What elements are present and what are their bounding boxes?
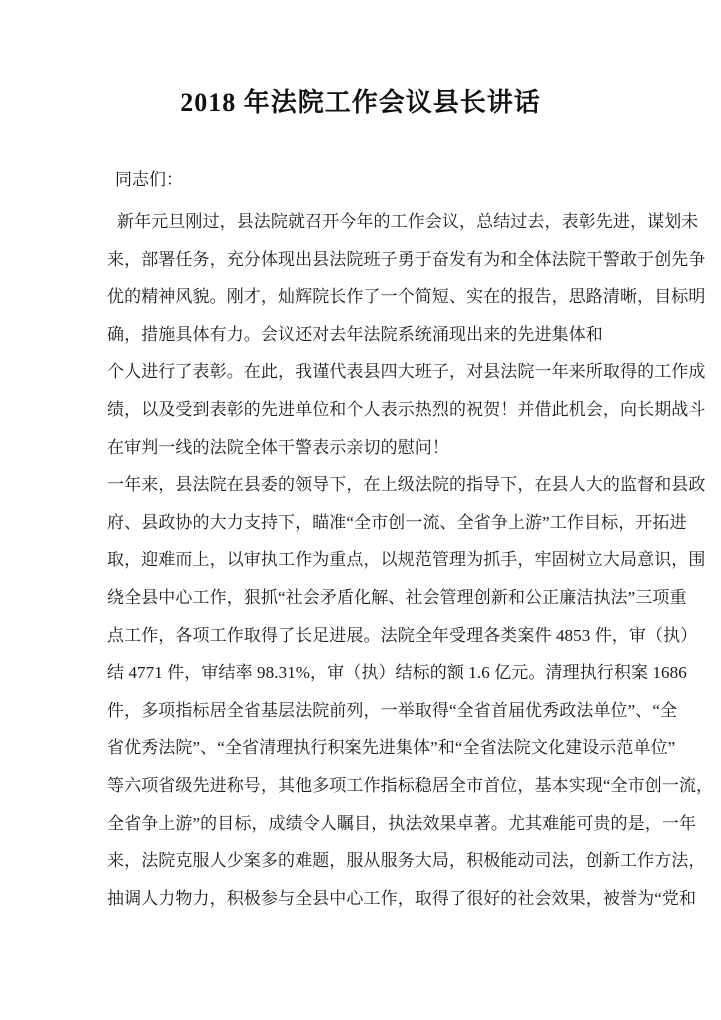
text-line: 优的精神风貌。刚才，灿辉院长作了一个简短、实在的报告，思路清晰，目标明 (107, 278, 623, 316)
text-line: 来，部署任务，充分体现出县法院班子勇于奋发有为和全体法院干警敢于创先争 (107, 241, 623, 279)
text-line: 全省争上游”的目标，成绩令人瞩目，执法效果卓著。尤其难能可贵的是，一年 (107, 805, 623, 843)
text-line: 结 4771 件，审结率 98.31%，审（执）结标的额 1.6 亿元。清理执行… (107, 654, 623, 692)
text-line: 确，措施具体有力。会议还对去年法院系统涌现出来的先进集体和 (107, 316, 623, 354)
text-line: 取，迎难而上，以审执工作为重点，以规范管理为抓手，牢固树立大局意识，围 (107, 541, 623, 579)
text-line: 件，多项指标居全省基层法院前列，一举取得“全省首届优秀政法单位”、“全 (107, 692, 623, 730)
document-body: 新年元旦刚过，县法院就召开今年的工作会议，总结过去，表彰先进，谋划未 来，部署任… (0, 203, 721, 917)
text-line: 点工作，各项工作取得了长足进展。法院全年受理各类案件 4853 件，审（执） (107, 617, 623, 655)
text-line: 一年来，县法院在县委的领导下，在上级法院的指导下，在县人大的监督和县政 (107, 466, 623, 504)
document-title: 2018 年法院工作会议县长讲话 (0, 89, 721, 117)
salutation-line: 同志们： (115, 170, 721, 190)
text-line: 来，法院克服人少案多的难题，服从服务大局，积极能动司法，创新工作方法， (107, 842, 623, 880)
text-line: 抽调人力物力，积极参与全县中心工作，取得了很好的社会效果，被誉为“党和 (107, 880, 623, 918)
text-line: 等六项省级先进称号，其他多项工作指标稳居全市首位，基本实现“全市创一流， (107, 767, 623, 805)
text-line: 绕全县中心工作，狠抓“社会矛盾化解、社会管理创新和公正廉洁执法”三项重 (107, 579, 623, 617)
text-line: 个人进行了表彰。在此，我谨代表县四大班子，对县法院一年来所取得的工作成 (107, 353, 623, 391)
document-page: 2018 年法院工作会议县长讲话 同志们： 新年元旦刚过，县法院就召开今年的工作… (0, 0, 721, 1020)
text-line: 府、县政协的大力支持下，瞄准“全市创一流、全省争上游”工作目标，开拓进 (107, 504, 623, 542)
text-line: 在审判一线的法院全体干警表示亲切的慰问！ (107, 429, 623, 467)
text-line: 省优秀法院”、“全省清理执行积案先进集体”和“全省法院文化建设示范单位” (107, 729, 623, 767)
text-line: 新年元旦刚过，县法院就召开今年的工作会议，总结过去，表彰先进，谋划未 (107, 203, 623, 241)
text-line: 绩，以及受到表彰的先进单位和个人表示热烈的祝贺！并借此机会，向长期战斗 (107, 391, 623, 429)
